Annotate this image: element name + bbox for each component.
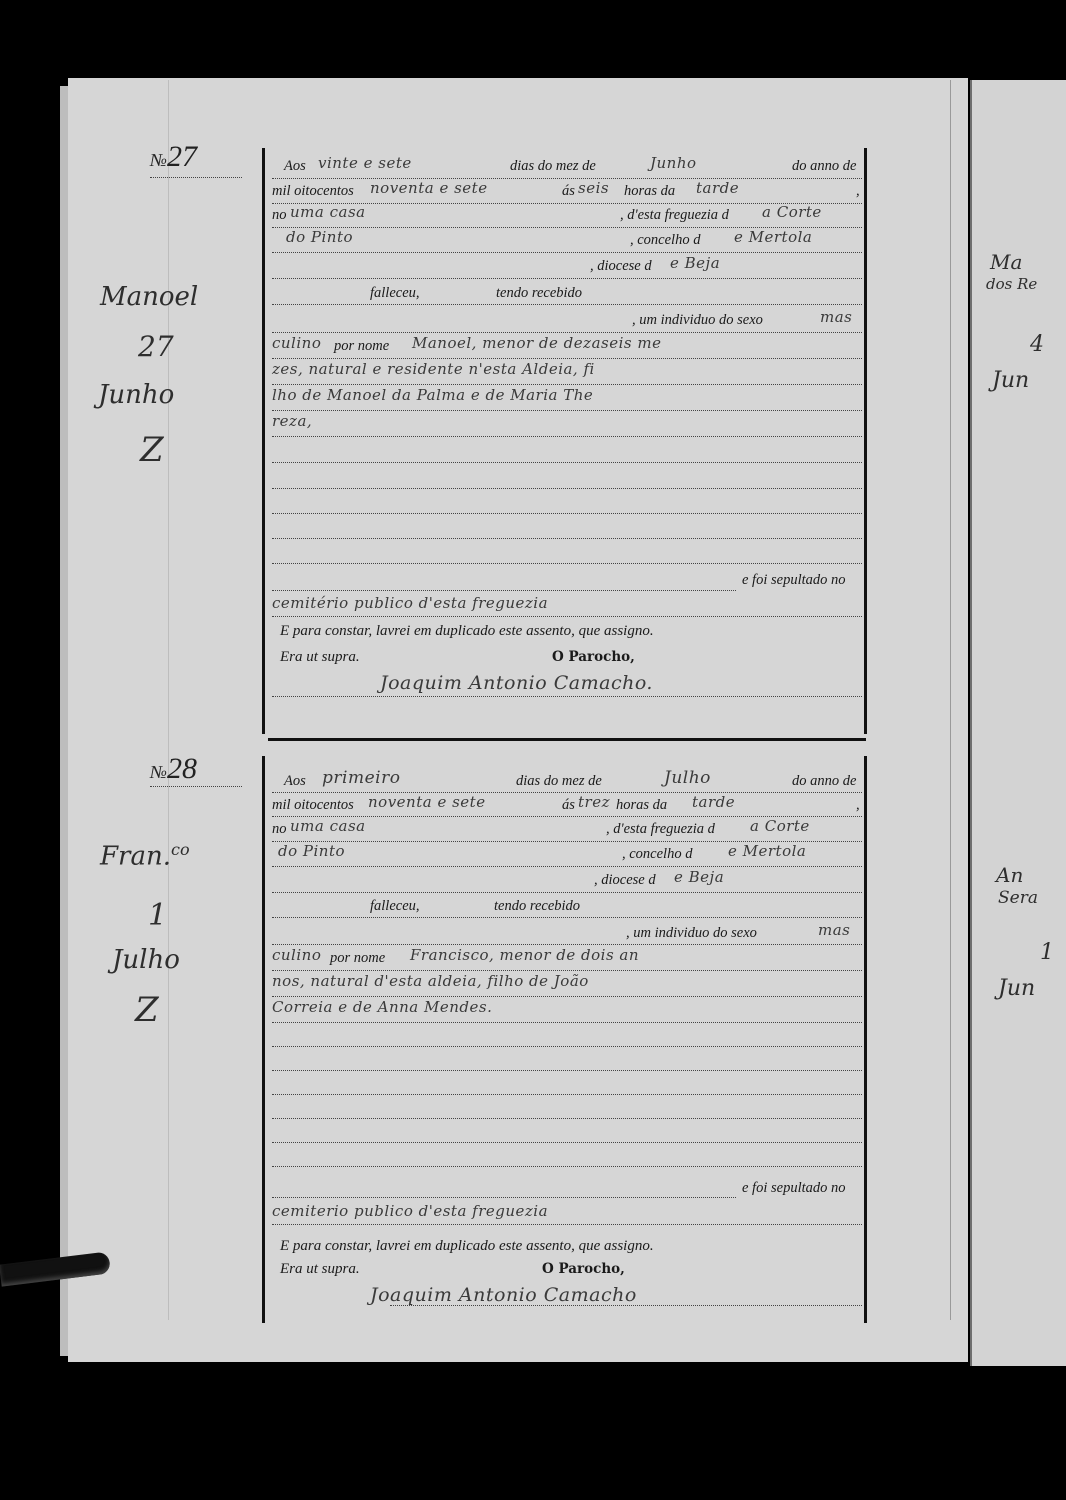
facing-margin-line: dos Re bbox=[986, 275, 1037, 293]
ruled-line bbox=[272, 563, 862, 564]
ruled-line bbox=[272, 332, 862, 333]
ghost-rule bbox=[168, 80, 169, 1320]
ruled-line bbox=[272, 1094, 862, 1095]
ruled-line bbox=[272, 462, 862, 463]
facing-margin-line: Jun bbox=[998, 976, 1035, 1001]
ruled-line bbox=[390, 1305, 862, 1306]
ruled-line bbox=[272, 1046, 862, 1047]
margin-day: 1 bbox=[148, 898, 167, 933]
line-council: do Pinto , concelho d e Mertola bbox=[272, 846, 862, 868]
ruled-line bbox=[272, 1118, 862, 1119]
closing-text: E para constar, lavrei em duplicado este… bbox=[280, 1238, 870, 1260]
margin-name: Manoel bbox=[100, 282, 198, 312]
burial-place: cemitério publico d'esta freguezia bbox=[272, 594, 862, 616]
line-council: do Pinto , concelho d e Mertola bbox=[272, 232, 862, 254]
ruled-line bbox=[272, 278, 862, 279]
line-sepultado: e foi sepultado no bbox=[272, 1180, 862, 1202]
ruled-line bbox=[272, 304, 862, 305]
ruled-line bbox=[272, 944, 862, 945]
line-era: Era ut supra. O Parocho, bbox=[280, 1261, 870, 1283]
ruled-line bbox=[272, 970, 862, 971]
facing-margin-line: Jun bbox=[992, 368, 1029, 393]
line-place: no uma casa , d'esta freguezia d a Corte bbox=[272, 821, 862, 843]
ruled-line bbox=[272, 252, 862, 253]
facing-margin-line: 4 bbox=[1030, 332, 1044, 357]
ruled-line bbox=[272, 1166, 862, 1167]
burial-place: cemiterio publico d'esta freguezia bbox=[272, 1202, 862, 1224]
line-date: Aos vinte e sete dias do mez de Junho do… bbox=[272, 158, 862, 180]
line-text: nos, natural d'esta aldeia, filho de Joã… bbox=[272, 972, 862, 994]
ruled-line bbox=[272, 513, 862, 514]
ruled-line bbox=[272, 616, 862, 617]
line-diocese: , diocese d e Beja bbox=[272, 258, 862, 280]
ruled-line bbox=[272, 696, 862, 697]
ruled-line bbox=[272, 866, 862, 867]
left-border bbox=[262, 756, 265, 1323]
margin-day: 27 bbox=[138, 330, 174, 363]
facing-margin-line: Ma bbox=[990, 250, 1022, 274]
line-place: no uma casa , d'esta freguezia d a Corte bbox=[272, 207, 862, 229]
ruled-line bbox=[272, 1022, 862, 1023]
line-nome: culino por nome Manoel, menor de dezasei… bbox=[272, 338, 862, 360]
ruled-line bbox=[272, 1070, 862, 1071]
facing-margin-line: Sera bbox=[998, 888, 1038, 908]
facing-margin-line: An bbox=[996, 863, 1023, 887]
line-text: reza, bbox=[272, 412, 862, 434]
ruled-line bbox=[272, 1224, 862, 1225]
margin-name: Fran.co bbox=[100, 840, 190, 872]
ghost-rule bbox=[950, 80, 951, 1320]
right-border bbox=[864, 148, 867, 734]
line-nome: culino por nome Francisco, menor de dois… bbox=[272, 950, 862, 972]
signature: Joaquim Antonio Camacho. bbox=[380, 672, 970, 694]
ruled-line bbox=[272, 590, 736, 591]
line-year: mil oitocentos noventa e sete ás seis ho… bbox=[272, 183, 862, 205]
ruled-line bbox=[272, 436, 862, 437]
ruled-line bbox=[272, 410, 862, 411]
entry-separator bbox=[268, 738, 866, 741]
left-border bbox=[262, 148, 265, 734]
ruled-line bbox=[272, 917, 862, 918]
ruled-line bbox=[272, 488, 862, 489]
line-sexo: , um individuo do sexo mas bbox=[272, 312, 862, 334]
ruled-line bbox=[272, 384, 862, 385]
margin-month: Junho bbox=[98, 380, 174, 410]
margin-month: Julho bbox=[112, 945, 180, 975]
line-diocese: , diocese d e Beja bbox=[272, 872, 862, 894]
ruled-line bbox=[272, 792, 862, 793]
line-era: Era ut supra. O Parocho, bbox=[280, 649, 870, 671]
margin-mark: Z bbox=[135, 990, 159, 1030]
ruled-line bbox=[272, 538, 862, 539]
ruled-line bbox=[272, 892, 862, 893]
number-underline bbox=[150, 786, 242, 787]
line-text: zes, natural e residente n'esta Aldeia, … bbox=[272, 360, 862, 382]
ruled-line bbox=[272, 358, 862, 359]
ruled-line bbox=[272, 178, 862, 179]
ruled-line bbox=[272, 1197, 736, 1198]
signature: Joaquim Antonio Camacho bbox=[370, 1284, 960, 1306]
number-underline bbox=[150, 177, 242, 178]
line-text: Correia e de Anna Mendes. bbox=[272, 998, 862, 1020]
margin-mark: Z bbox=[140, 430, 164, 470]
facing-page: Ma dos Re 4 Jun An Sera 1 Jun bbox=[970, 80, 1066, 1366]
entry-number: №27 bbox=[150, 140, 197, 174]
entry-number: №28 bbox=[150, 752, 197, 786]
ruled-line bbox=[272, 1142, 862, 1143]
facing-margin-line: 1 bbox=[1040, 940, 1054, 965]
line-text: lho de Manoel da Palma e de Maria The bbox=[272, 386, 862, 408]
closing-text: E para constar, lavrei em duplicado este… bbox=[280, 623, 870, 645]
ruled-line bbox=[272, 996, 862, 997]
